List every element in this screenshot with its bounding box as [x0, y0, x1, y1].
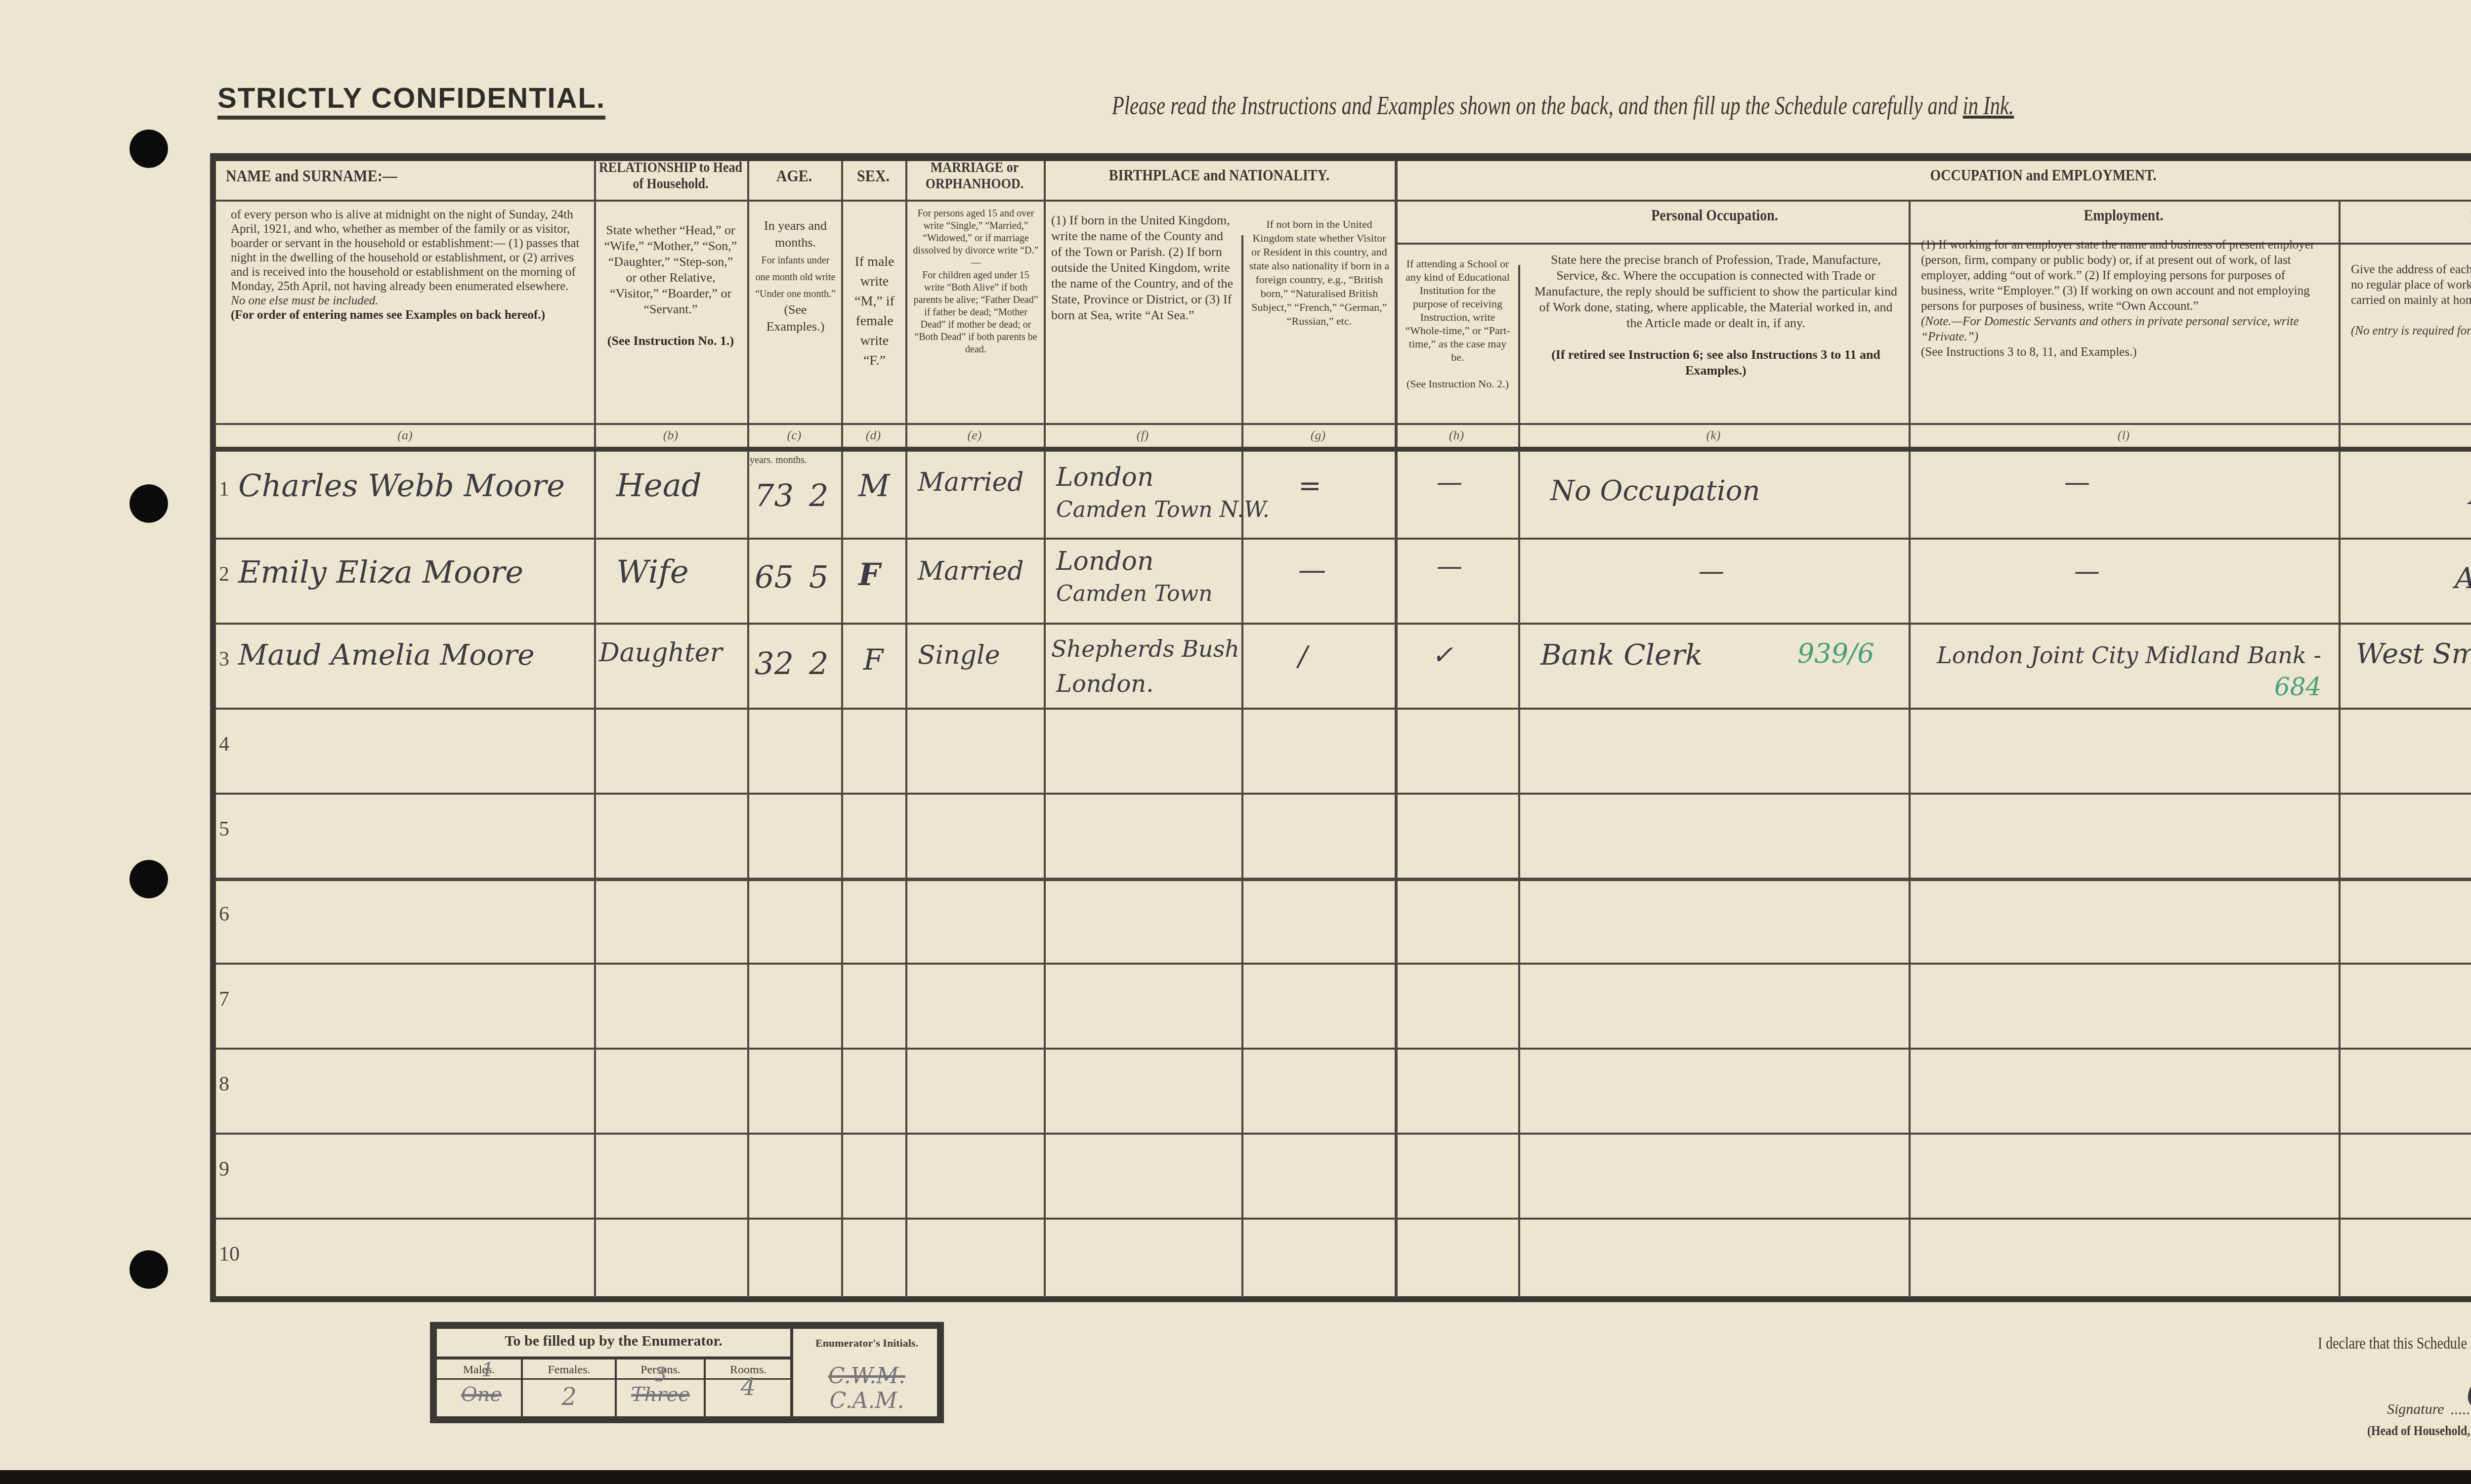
in-ink-text: in Ink. [1963, 92, 2014, 120]
row1-education[interactable]: — [1437, 467, 1462, 497]
education-instructions-see: (See Instruction No. 2.) [1406, 378, 1509, 390]
name-column-title: NAME and SURNAME:— [226, 167, 473, 185]
row2-age-years[interactable]: 65 [755, 559, 794, 595]
name-column-instructions: of every person who is alive at midnight… [226, 206, 592, 324]
col-divider [905, 161, 907, 1298]
punch-hole [129, 860, 168, 898]
row-number: 9 [219, 1157, 229, 1181]
signature-label: Signature [2387, 1401, 2444, 1418]
employment-body: (1) If working for an employer state the… [1921, 238, 2314, 313]
marriage-column-instructions: For persons aged 15 and over write “Sing… [908, 206, 1044, 358]
relationship-instructions-see: (See Instruction No. 1.) [607, 334, 734, 348]
name-instructions-note: No one else must be included. [231, 294, 379, 307]
row2-place-of-work[interactable]: At Home [2455, 561, 2471, 595]
row3-employment-code: 684 [2274, 673, 2321, 701]
row-rule [216, 708, 2471, 710]
row3-occupation[interactable]: Bank Clerk [1540, 638, 1703, 672]
row-number: 7 [219, 987, 229, 1011]
row3-nationality[interactable]: / [1298, 640, 1308, 673]
row2-employment[interactable]: — [2074, 556, 2100, 586]
col-letter-g: (g) [1241, 428, 1395, 443]
col-letter-a: (a) [216, 428, 594, 443]
col-letter-m: (m) [2339, 428, 2471, 443]
row1-age-years[interactable]: 73 [755, 477, 794, 513]
row-number: 3 [219, 647, 229, 671]
col-letter-b: (b) [594, 428, 747, 443]
signature-note: (Head of Household, Manager of Establish… [2367, 1423, 2471, 1439]
initials-struck-value: C.W.M. [795, 1363, 938, 1389]
place-of-work-body: Give the address of each person's place … [2351, 263, 2471, 307]
row1-nationality[interactable]: = [1298, 470, 1321, 502]
age-years-months-subheader: years. months. [750, 455, 807, 466]
relationship-instructions-body: State whether “Head,” or “Wife,” “Mother… [604, 223, 737, 316]
row2-relationship[interactable]: Wife [616, 554, 689, 591]
education-column-instructions: If attending a School or any kind of Edu… [1397, 255, 1518, 392]
sex-column-instructions: If male write “M,” if female write “F.” [844, 250, 905, 373]
row-number: 6 [219, 902, 229, 926]
marriage-instructions-children: For children aged under 15 write “Both A… [913, 270, 1038, 355]
col-letter-f: (f) [1044, 428, 1241, 443]
row3-sex[interactable]: F [863, 643, 883, 677]
signature-value[interactable]: Charles Webb Moore [2466, 1371, 2471, 1417]
relationship-column-title: RELATIONSHIP to Head of Household. [596, 160, 745, 192]
row-rule [216, 963, 2471, 965]
row-rule [216, 1218, 2471, 1220]
personal-occupation-instructions: State here the precise branch of Profess… [1526, 250, 1906, 381]
age-column-title: AGE. [750, 167, 839, 185]
employment-title: Employment. [1911, 207, 2336, 224]
header-rule [216, 423, 2471, 425]
birthplace-g-instructions: If not born in the United Kingdom state … [1244, 215, 1395, 330]
row-rule [216, 793, 2471, 795]
enumerator-initials-title: Enumerator's Initials. [795, 1337, 938, 1350]
row3-age-months[interactable]: 2 [809, 645, 828, 681]
col-divider [594, 161, 596, 1298]
col-letter-e: (e) [905, 428, 1044, 443]
strictly-confidential-heading: STRICTLY CONFIDENTIAL. [217, 82, 605, 120]
header-bottom-rule [216, 447, 2471, 452]
rooms-value[interactable]: 4 [706, 1373, 790, 1401]
row2-sex[interactable]: F [858, 556, 880, 593]
col-divider [1241, 235, 1243, 1298]
row3-birthplace-2[interactable]: London. [1056, 670, 1153, 698]
row-number: 5 [219, 817, 229, 841]
initials-value[interactable]: C.A.M. [795, 1388, 938, 1413]
males-label: Males. [437, 1363, 521, 1377]
place-of-work-title: Place of Work. [2341, 210, 2471, 227]
row-number: 8 [219, 1072, 229, 1096]
name-instructions-order: (For order of entering names see Example… [231, 308, 545, 322]
col-letter-h: (h) [1395, 428, 1518, 443]
col-divider [1044, 161, 1046, 1298]
employment-note: (Note.—For Domestic Servants and others … [1921, 315, 2299, 343]
header-rule [1044, 200, 1395, 202]
persons-value[interactable]: 3 [654, 1363, 667, 1386]
education-instructions-body: If attending a School or any kind of Edu… [1406, 257, 1510, 363]
employment-see: (See Instructions 3 to 8, 11, and Exampl… [1921, 345, 2137, 359]
row-rule [216, 1133, 2471, 1135]
employment-instructions: (1) If working for an employer state the… [1916, 235, 2336, 362]
row-number: 10 [219, 1242, 240, 1266]
row1-occupation[interactable]: No Occupation [1550, 475, 1760, 507]
col-divider [747, 161, 749, 1298]
age-instructions-body: In years and months. [764, 218, 827, 250]
row1-birthplace-1[interactable]: London [1056, 463, 1153, 492]
row-rule [216, 1048, 2471, 1050]
row-rule [216, 538, 2471, 540]
place-of-work-note: (No entry is required for any person who… [2351, 324, 2471, 338]
occupation-group-title: OCCUPATION and EMPLOYMENT. [1397, 167, 2471, 184]
marriage-column-title: MARRIAGE or ORPHANHOOD. [908, 160, 1041, 192]
box-divider [521, 1358, 523, 1416]
row3-birthplace-1[interactable]: Shepherds Bush [1051, 636, 1239, 662]
row2-name[interactable]: Emily Eliza Moore [238, 554, 523, 590]
females-value[interactable]: 2 [523, 1383, 615, 1411]
col-divider [1518, 265, 1520, 1298]
row3-education[interactable]: ✓ [1432, 640, 1453, 670]
row3-occupation-code: 939/6 [1797, 638, 1875, 669]
birthplace-f-instructions: (1) If born in the United Kingdom, write… [1046, 211, 1241, 325]
col-letter-d: (d) [841, 428, 905, 443]
persons-struck-value: Three [617, 1383, 704, 1406]
col-letter-k: (k) [1518, 428, 1909, 443]
row-rule [216, 623, 2471, 625]
males-struck-value: One [442, 1383, 521, 1406]
row-rule [216, 878, 2471, 881]
row2-marriage[interactable]: Married [918, 556, 1024, 586]
marriage-instructions-body: For persons aged 15 and over write “Sing… [913, 208, 1039, 256]
row2-birthplace-1[interactable]: London [1056, 547, 1153, 576]
place-of-work-instructions: Give the address of each person's place … [2346, 260, 2471, 340]
sex-column-title: SEX. [844, 167, 903, 185]
header-rule [216, 200, 1044, 202]
row1-employment[interactable]: — [2064, 467, 2090, 497]
birthplace-column-title: BIRTHPLACE and NATIONALITY. [1046, 167, 1392, 184]
col-divider [841, 161, 843, 1298]
enumerator-summary-title: To be filled up by the Enumerator. [437, 1333, 790, 1350]
row2-occupation[interactable]: — [1699, 556, 1724, 586]
row1-age-months[interactable]: 2 [809, 477, 828, 513]
row2-birthplace-2[interactable]: Camden Town [1056, 581, 1213, 606]
row1-marriage[interactable]: Married [918, 467, 1024, 497]
age-instructions-see: (See Examples.) [767, 302, 825, 334]
personal-occupation-see: (If retired see Instruction 6; see also … [1551, 347, 1880, 378]
row3-age-years[interactable]: 32 [755, 645, 794, 681]
punch-hole [129, 129, 168, 168]
row-number: 1 [219, 477, 229, 501]
row3-relationship[interactable]: Daughter [599, 638, 723, 668]
row1-birthplace-2[interactable]: Camden Town N.W. [1056, 497, 1270, 522]
row3-place-of-work[interactable]: West Smithfield [2356, 638, 2471, 670]
box-divider [704, 1358, 706, 1416]
row2-nationality[interactable]: — [1298, 554, 1326, 586]
personal-occupation-body: State here the precise branch of Profess… [1534, 253, 1897, 330]
males-value[interactable]: 1 [481, 1358, 494, 1381]
personal-occupation-title: Personal Occupation. [1521, 207, 1909, 224]
enumerator-summary-box: To be filled up by the Enumerator. Enume… [430, 1322, 944, 1423]
row3-marriage[interactable]: Single [918, 640, 1000, 670]
declaration-text: I declare that this Schedule is correctl… [2318, 1334, 2471, 1353]
row2-age-months[interactable]: 5 [809, 559, 828, 595]
household-schedule-table: NAME and SURNAME:— of every person who i… [210, 153, 2471, 1302]
row3-name[interactable]: Maud Amelia Moore [238, 638, 534, 672]
row1-sex[interactable]: M [858, 467, 890, 504]
name-instructions-body: of every person who is alive at midnight… [231, 208, 579, 293]
box-divider [615, 1358, 617, 1416]
row-number: 4 [219, 732, 229, 756]
row1-name[interactable]: Charles Webb Moore [238, 467, 565, 504]
females-label: Females. [523, 1363, 615, 1377]
punch-hole [129, 484, 168, 523]
punch-hole [129, 1250, 168, 1289]
age-column-instructions: In years and months. For infants under o… [750, 215, 841, 337]
row2-education[interactable]: — [1437, 551, 1462, 581]
row1-relationship[interactable]: Head [616, 467, 702, 504]
relationship-column-instructions: State whether “Head,” or “Wife,” “Mother… [596, 220, 745, 351]
header-rule [1395, 200, 2471, 202]
row3-employment[interactable]: London Joint City Midland Bank - [1916, 638, 2321, 673]
col-letter-l: (l) [1909, 428, 2339, 443]
box-divider [790, 1329, 793, 1416]
row-number: 2 [219, 562, 229, 586]
instructions-text: Please read the Instructions and Example… [1112, 92, 1963, 120]
col-letter-c: (c) [747, 428, 841, 443]
instructions-line: Please read the Instructions and Example… [1112, 91, 2014, 121]
age-instructions-infants: For infants under one month old write “U… [755, 255, 836, 299]
scan-edge [0, 1470, 2471, 1484]
